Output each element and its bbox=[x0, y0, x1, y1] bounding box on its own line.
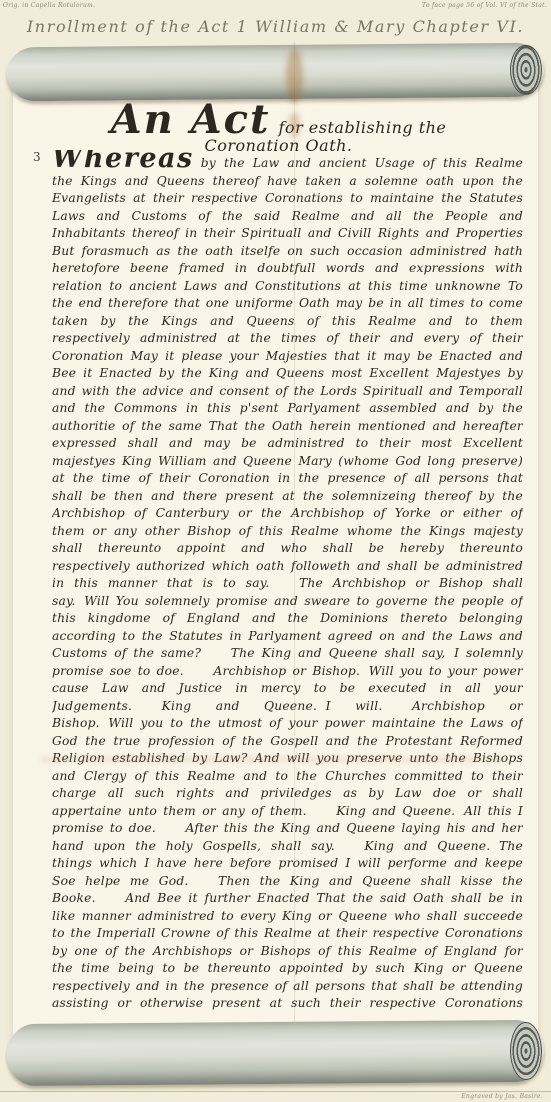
plate-title: Inrollment of the Act 1 William & Mary C… bbox=[0, 17, 551, 36]
speaker-label: The King and Queene shall say, bbox=[231, 646, 446, 660]
horizontal-crease bbox=[40, 756, 510, 763]
scroll-coil-bottom bbox=[510, 1022, 542, 1080]
act-heading-rest: for establishing the bbox=[279, 118, 447, 137]
top-left-caption: Orig. in Capella Rotulorum. bbox=[3, 2, 95, 9]
scroll-coil-top bbox=[510, 45, 542, 95]
engraver-caption: Engraved by Jas. Basire. bbox=[461, 1093, 543, 1100]
speaker-label: King and Queene. bbox=[364, 839, 490, 853]
act-segment: King and Queene.I will. bbox=[162, 699, 383, 713]
act-segment: by the Law and ancient Usage of this Rea… bbox=[52, 156, 523, 590]
speaker-label: King and Queene. bbox=[336, 804, 455, 818]
act-body-text: Whereasby the Law and ancient Usage of t… bbox=[52, 150, 523, 1016]
center-fold-line bbox=[294, 42, 295, 1022]
segment-text: by the Law and ancient Usage of this Rea… bbox=[52, 156, 523, 590]
margin-number: 3 bbox=[33, 150, 41, 164]
top-right-caption: To face page 56 of Vol. VI of the Stat. bbox=[422, 2, 547, 9]
act-segments: by the Law and ancient Usage of this Rea… bbox=[52, 156, 523, 1016]
plate-bottom-edge bbox=[0, 1091, 551, 1092]
segment-text: I will. bbox=[326, 699, 383, 713]
engraved-plate: Orig. in Capella Rotulorum. To face page… bbox=[0, 0, 551, 1102]
act-heading: An Actfor establishing the Coronation Oa… bbox=[36, 100, 521, 155]
fold-stain-small bbox=[289, 112, 300, 138]
segment-text: And Bee it further Enacted That the said… bbox=[52, 891, 523, 1016]
whereas-initial: Whereas bbox=[52, 150, 194, 174]
fold-stain bbox=[286, 48, 303, 104]
segment-text: Will you to the utmost of your power mai… bbox=[52, 716, 523, 818]
act-segment: And Bee it further Enacted That the said… bbox=[52, 891, 523, 1016]
scroll-roll-bottom bbox=[7, 1020, 544, 1086]
scroll-roll-top bbox=[7, 43, 544, 102]
speaker-label: Archbishop or Bishop. bbox=[213, 664, 360, 678]
